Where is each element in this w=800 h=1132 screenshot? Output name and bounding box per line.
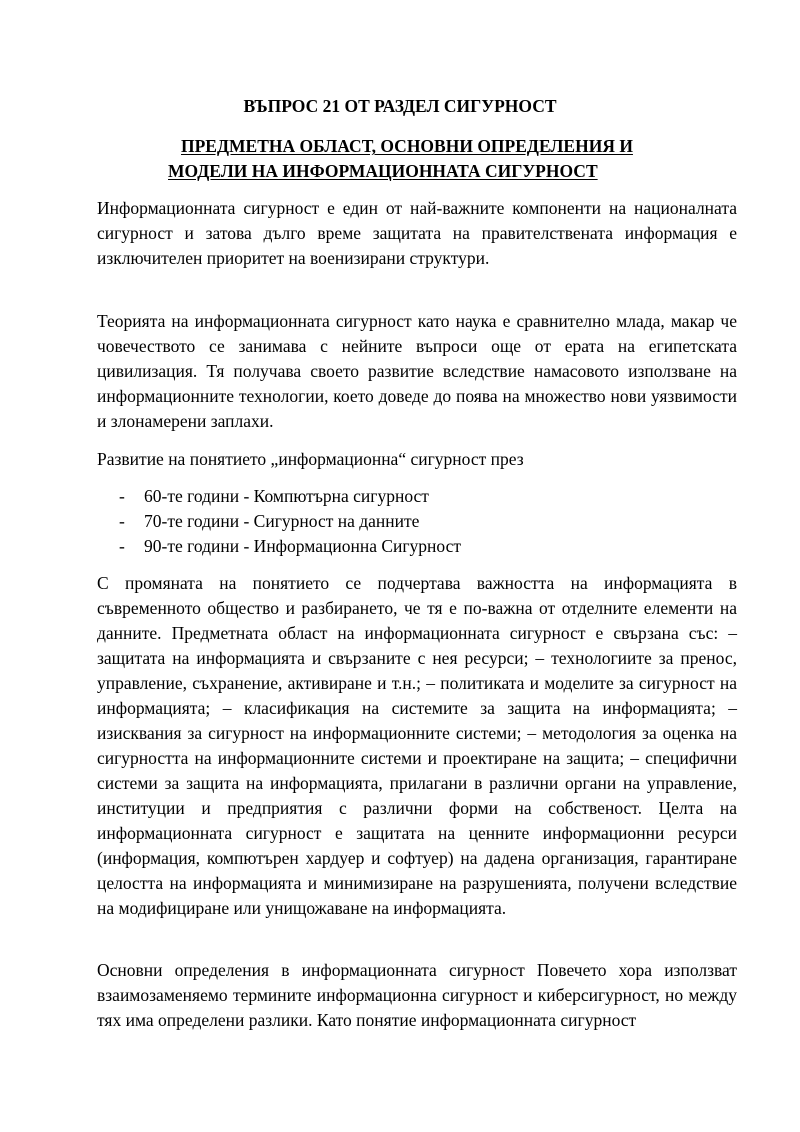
list-bullet-dash: - [119, 534, 125, 559]
paragraph-definitions: Основни определения в информационната си… [97, 958, 737, 1033]
subtitle-line-1: ПРЕДМЕТНА ОБЛАСТ, ОСНОВНИ ОПРЕДЕЛЕНИЯ И [160, 134, 680, 159]
list-item: - 90-те години - Информационна Сигурност [97, 534, 737, 559]
document-title: ВЪПРОС 21 ОТ РАЗДЕЛ СИГУРНОСТ [0, 95, 800, 117]
paragraph-intro: Информационната сигурност е един от най-… [97, 196, 737, 271]
subtitle-line-2: МОДЕЛИ НА ИНФОРМАЦИОННАТА СИГУРНОСТ [160, 159, 680, 184]
list-bullet-dash: - [119, 484, 125, 509]
list-item: - 70-те години - Сигурност на данните [97, 509, 737, 534]
list-bullet-dash: - [119, 509, 125, 534]
list-item-text: 90-те години - Информационна Сигурност [144, 536, 461, 556]
document-page: ВЪПРОС 21 ОТ РАЗДЕЛ СИГУРНОСТ ПРЕДМЕТНА … [0, 0, 800, 1132]
evolution-list: - 60-те години - Компютърна сигурност - … [97, 484, 737, 559]
document-subtitle: ПРЕДМЕТНА ОБЛАСТ, ОСНОВНИ ОПРЕДЕЛЕНИЯ И … [160, 134, 680, 184]
paragraph-evolution-intro: Развитие на понятието „информационна“ си… [97, 447, 737, 472]
paragraph-theory: Теорията на информационната сигурност ка… [97, 309, 737, 434]
list-item-text: 70-те години - Сигурност на данните [144, 511, 419, 531]
paragraph-subject-area: С промяната на понятието се подчертава в… [97, 571, 737, 921]
list-item: - 60-те години - Компютърна сигурност [97, 484, 737, 509]
list-item-text: 60-те години - Компютърна сигурност [144, 486, 429, 506]
